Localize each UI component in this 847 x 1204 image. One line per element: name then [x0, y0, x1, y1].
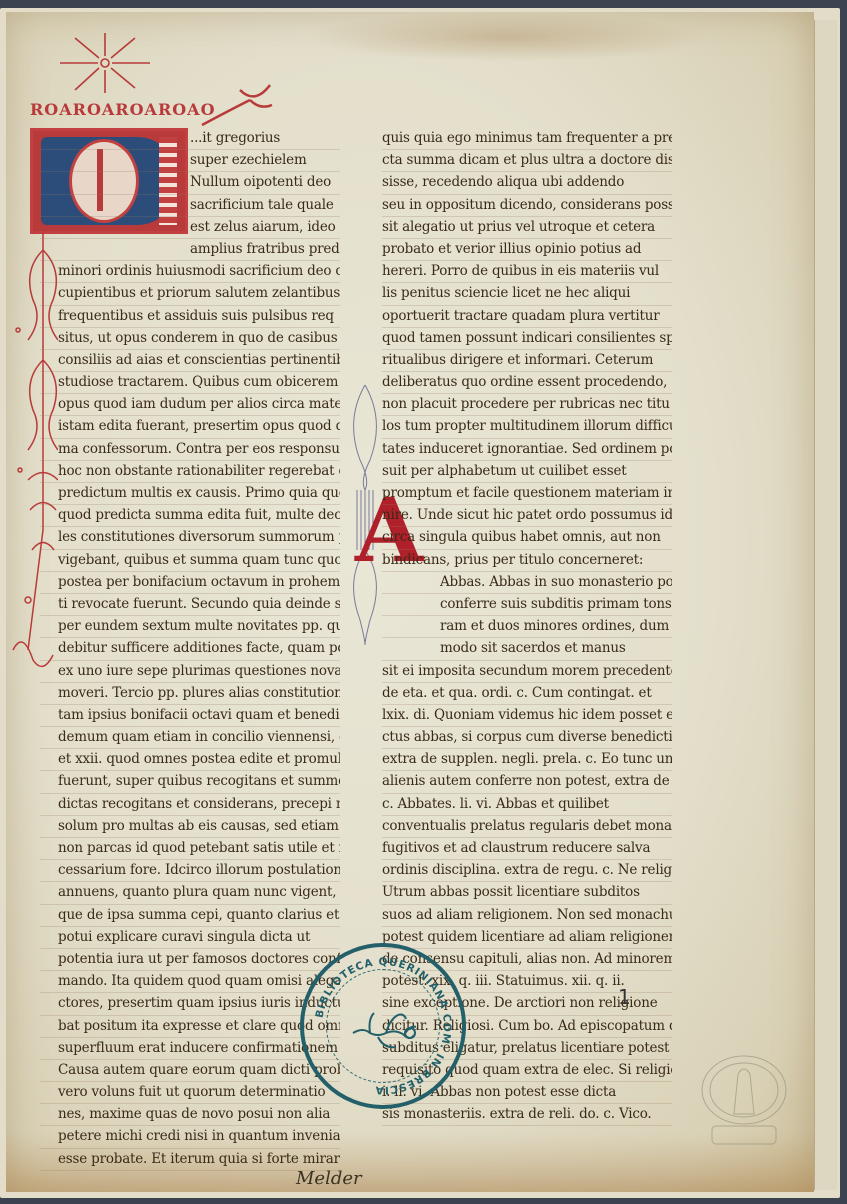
- text-line: non placuit procedere per rubricas nec t…: [382, 394, 672, 416]
- text-line: Causa autem quare eorum quam dicti proba…: [40, 1060, 340, 1082]
- text-line: nire. Unde sicut hic patet ordo possumus…: [382, 505, 672, 527]
- text-line: modo sit sacerdos et manus: [382, 638, 672, 660]
- page-edge: [814, 20, 837, 1190]
- text-line: deliberatus quo ordine essent procedendo…: [382, 372, 672, 394]
- text-line: demum quam etiam in concilio viennensi, …: [40, 727, 340, 749]
- text-line: que de ipsa summa cepi, quanto clarius e…: [40, 905, 340, 927]
- text-line: c. Abbates. li. vi. Abbas et quilibet: [382, 794, 672, 816]
- text-line: Abbas. Abbas in suo monasterio potest: [382, 572, 672, 594]
- text-line: potest quidem licentiare ad aliam religi…: [382, 927, 672, 949]
- text-line: per eundem sextum multe novitates pp. qu…: [40, 616, 340, 638]
- text-line: frequentibus et assiduis suis pulsibus r…: [40, 306, 340, 328]
- text-line: petere michi credi nisi in quantum inven…: [40, 1126, 340, 1148]
- text-line: consiliis ad aias et conscientias pertin…: [40, 350, 340, 372]
- text-line: cta summa dicam et plus ultra a doctore …: [382, 150, 672, 172]
- text-line: fugitivos et ad claustrum reducere salva: [382, 838, 672, 860]
- text-line: seu in oppositum dicendo, considerans po…: [382, 195, 672, 217]
- text-line: probato et verior illius opinio potius a…: [382, 239, 672, 261]
- text-line: los tum propter multitudinem illorum dif…: [382, 416, 672, 438]
- initial-crown-ornament: ROAROAROAROAO: [30, 100, 190, 126]
- text-line: promptum et facile questionem materiam i…: [382, 483, 672, 505]
- text-line: mando. Ita quidem quod quam omisi alegar…: [40, 971, 340, 993]
- text-line: suit per alphabetum ut cuilibet esset: [382, 461, 672, 483]
- text-line: minori ordinis huiusmodi sacrificium deo…: [40, 261, 340, 283]
- text-line: opus quod iam dudum per alios circa mate…: [40, 394, 340, 416]
- text-column-left: ...it gregorius super ezechielem Nullum …: [40, 128, 340, 1171]
- text-line: oportuerit tractare quadam plura vertitu…: [382, 306, 672, 328]
- text-line: non parcas id quod petebant satis utile …: [40, 838, 340, 860]
- text-line: hereri. Porro de quibus in eis materiis …: [382, 261, 672, 283]
- text-line: ctores, presertim quam ipsius iuris indu…: [40, 993, 340, 1015]
- text-line: et xxii. quod omnes postea edite et prom…: [40, 749, 340, 771]
- text-line: ti revocate fuerunt. Secundo quia deinde…: [40, 594, 340, 616]
- text-line: sisse, recedendo aliqua ubi addendo: [382, 172, 672, 194]
- text-line: sit alegatio ut prius vel utroque et cet…: [382, 217, 672, 239]
- text-line: conferre suis subditis primam tonsu: [382, 594, 672, 616]
- text-line: sit ei imposita secundum morem precedent…: [382, 661, 672, 683]
- text-line: sis monasteriis. extra de reli. do. c. V…: [382, 1104, 672, 1126]
- text-line: ritualibus dirigere et informari. Ceteru…: [382, 350, 672, 372]
- library-stamp: BIBLIOTECA QUERINIANA COM. IN BRESCIA: [300, 943, 466, 1109]
- text-line: potui explicare curavi singula dicta ut: [40, 927, 340, 949]
- sunburst-ornament-icon: [55, 28, 155, 98]
- text-line: cupientibus et priorum salutem zelantibu…: [40, 283, 340, 305]
- text-line: debitur sufficere additiones facte, quam…: [40, 638, 340, 660]
- text-line: solum pro multas ab eis causas, sed etia…: [40, 816, 340, 838]
- text-line: circa singula quibus habet omnis, aut no…: [382, 527, 672, 549]
- text-line: super ezechielem: [40, 150, 340, 172]
- text-line: de eta. et qua. ordi. c. Cum contingat. …: [382, 683, 672, 705]
- text-line: predictum multis ex causis. Primo quia q…: [40, 483, 340, 505]
- text-line: potentia iura ut per famosos doctores co…: [40, 949, 340, 971]
- text-line: est zelus aiarum, ideo: [40, 217, 340, 239]
- text-line: postea per bonifacium octavum in prohemi…: [40, 572, 340, 594]
- text-line: extra de supplen. negli. prela. c. Eo tu…: [382, 749, 672, 771]
- text-line: istam edita fuerant, presertim opus quod…: [40, 416, 340, 438]
- text-line: conventualis prelatus regularis debet mo…: [382, 816, 672, 838]
- text-line: ex uno iure sepe plurimas questiones nov…: [40, 661, 340, 683]
- text-line: ma confessorum. Contra per eos responsum…: [40, 439, 340, 461]
- text-line: lxix. di. Quoniam videmus hic idem posse…: [382, 705, 672, 727]
- text-line: situs, ut opus conderem in quo de casibu…: [40, 328, 340, 350]
- text-line: quod tamen possunt indicari consilientes…: [382, 328, 672, 350]
- text-line: cessarium fore. Idcirco illorum postulat…: [40, 860, 340, 882]
- text-line: tates induceret ignorantiae. Sed ordinem…: [382, 439, 672, 461]
- text-line: alienis autem conferre non potest, extra…: [382, 771, 672, 793]
- text-line: vero voluns fuit ut quorum determinatio: [40, 1082, 340, 1104]
- text-line: amplius fratribus predicatorum: [40, 239, 340, 261]
- text-line: lis penitus sciencie licet ne hec aliqui: [382, 283, 672, 305]
- text-line: dictas recogitans et considerans, precep…: [40, 794, 340, 816]
- text-line: studiose tractarem. Quibus cum obicerem: [40, 372, 340, 394]
- margin-signature: Melder: [296, 1168, 362, 1189]
- text-line: Utrum abbas possit licentiare subditos: [382, 882, 672, 904]
- lion-rampant-icon: [348, 1005, 420, 1053]
- text-line: ram et duos minores ordines, dum: [382, 616, 672, 638]
- flourish-ornament-icon: [200, 80, 280, 130]
- text-line: les constitutiones diversorum summorum p…: [40, 527, 340, 549]
- water-stain-top: [306, 12, 706, 62]
- text-line: vigebant, quibus et summa quam tunc quod…: [40, 550, 340, 572]
- text-line: sacrificium tale quale: [40, 195, 340, 217]
- text-line: esse probate. Et iterum quia si forte mi…: [40, 1149, 340, 1171]
- text-line: quod predicta summa edita fuit, multe de…: [40, 505, 340, 527]
- text-line: quis quia ego minimus tam frequenter a p…: [382, 128, 672, 150]
- text-line: hoc non obstante rationabiliter regereba…: [40, 461, 340, 483]
- text-line: bat positum ita expresse et clare quod o…: [40, 1016, 340, 1038]
- text-line: Nullum oipotenti deo: [40, 172, 340, 194]
- text-line: moveri. Tercio pp. plures alias constitu…: [40, 683, 340, 705]
- text-line: bindicans, prius per titulo concerneret:: [382, 550, 672, 572]
- folio-number: 1: [618, 985, 631, 1009]
- text-line: fuerunt, super quibus recogitans et summ…: [40, 771, 340, 793]
- embossed-seal-icon: [698, 1054, 790, 1150]
- text-line: superfluum erat inducere confirmationem …: [40, 1038, 340, 1060]
- text-line: ordinis disciplina. extra de regu. c. Ne…: [382, 860, 672, 882]
- text-line: nes, maxime quas de novo posui non alia: [40, 1104, 340, 1126]
- text-line: tam ipsius bonifacii octavi quam et bene…: [40, 705, 340, 727]
- text-line: annuens, quanto plura quam nunc vigent, …: [40, 882, 340, 904]
- text-line: ...it gregorius: [40, 128, 340, 150]
- text-line: suos ad aliam religionem. Non sed monach…: [382, 905, 672, 927]
- text-line: ctus abbas, si corpus cum diverse benedi…: [382, 727, 672, 749]
